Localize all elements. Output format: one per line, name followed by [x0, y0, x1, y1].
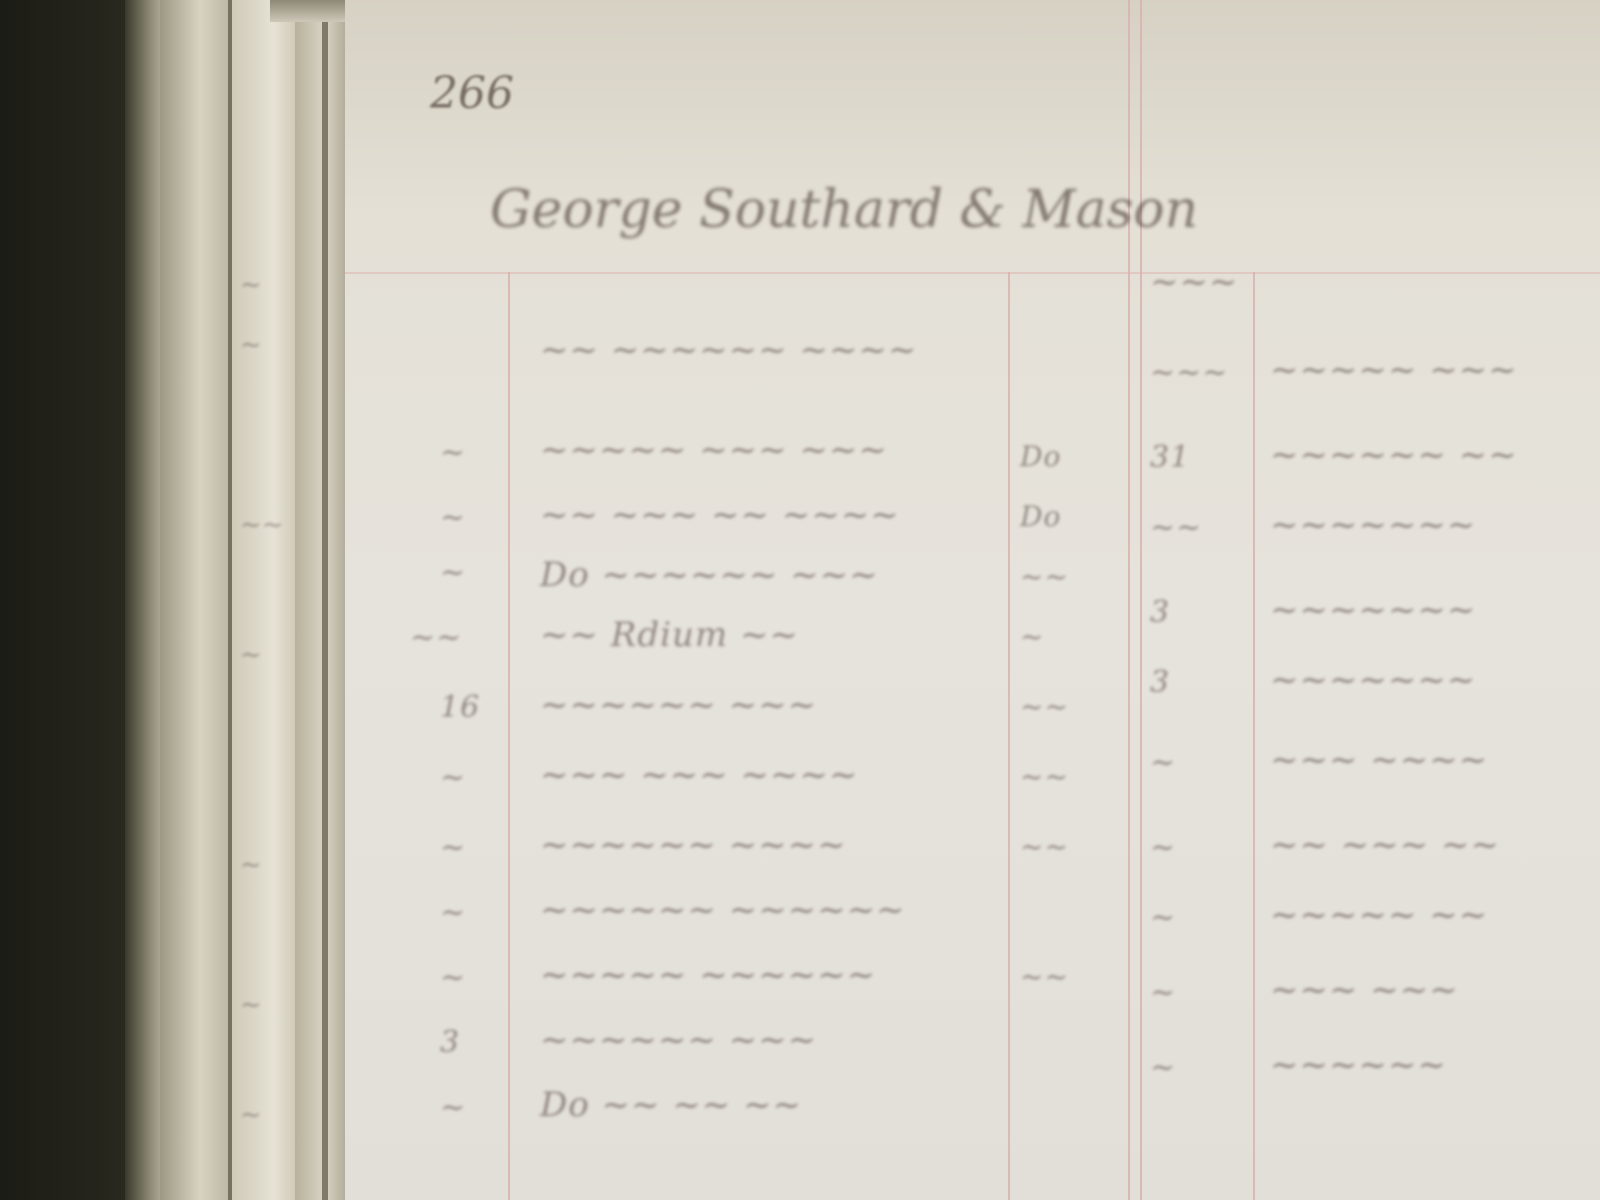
entry-date: ~ [440, 895, 466, 930]
entry-date: ~ [1150, 900, 1176, 935]
entry-description: ~~~~~~ ~~~~~~ [540, 890, 906, 930]
entry-description: ~~ ~~~ ~~ [1270, 825, 1500, 865]
margin-note: ~~ [240, 510, 284, 540]
entry-amount: ~ [1020, 620, 1044, 653]
page-edge [232, 0, 302, 1200]
entry-amount: ~~ [1020, 960, 1069, 993]
entry-date: ~~~ [1150, 355, 1228, 390]
page-number: 266 [430, 68, 514, 119]
entry-description: ~~~~~ ~~~ [1270, 350, 1518, 390]
entry-date: ~ [1150, 1050, 1176, 1085]
entry-description: ~~~~~~~ [1270, 505, 1476, 545]
page-edge-shadow [322, 0, 328, 1200]
entry-description: ~~~ ~~~ ~~~~ [540, 755, 859, 795]
entry-amount: Do [1020, 500, 1061, 533]
entry-amount: Do [1020, 440, 1061, 473]
margin-note: ~ [240, 330, 262, 360]
entry-description: Do ~~~~~~ ~~~ [540, 555, 879, 595]
entry-date: ~~ [1150, 510, 1202, 545]
entry-amount: ~~ [1020, 690, 1069, 723]
entry-description: ~~~~~ ~~~ ~~~ [540, 430, 888, 470]
amount-column-rule [1008, 272, 1010, 1200]
margin-note: ~ [240, 640, 262, 670]
entry-description: ~~~~~~ ~~ [1270, 435, 1518, 475]
right-date-column-rule [1253, 272, 1255, 1200]
entry-description: ~~~ ~~~~ [1270, 740, 1488, 780]
entry-description: ~~~~~~~ [1270, 660, 1476, 700]
entry-date: ~ [1150, 830, 1176, 865]
entry-date: ~ [440, 435, 466, 470]
entry-date: ~ [1150, 975, 1176, 1010]
entry-date: 3 [1150, 665, 1170, 700]
entry-description: ~~~~~~ ~~~ [540, 685, 817, 725]
entry-date: ~ [440, 830, 466, 865]
entry-date: ~~ [410, 620, 462, 655]
entry-amount: ~~ [1020, 760, 1069, 793]
entry-description: ~~ ~~~ ~~ ~~~~ [540, 495, 900, 535]
cover-edge [125, 0, 165, 1200]
page-edge-shadow [228, 0, 232, 1200]
date-column-rule [508, 272, 510, 1200]
entry-date: 3 [1150, 595, 1170, 630]
entry-description: ~~~~~~ [1270, 1045, 1447, 1085]
entry-amount: ~~ [1020, 830, 1069, 863]
entry-date: ~ [1150, 745, 1176, 780]
entry-description: Do ~~ ~~ ~~ [540, 1085, 802, 1125]
entry-description: ~~ Rdium ~~ [540, 615, 799, 655]
entry-date: 16 [440, 690, 480, 725]
entry-description: ~~~~~~ ~~~~ [540, 825, 847, 865]
margin-note: ~ [240, 1100, 262, 1130]
entry-date: ~ [440, 1090, 466, 1125]
book-cover [0, 0, 145, 1200]
entry-description: ~~~~~~~ [1270, 590, 1476, 630]
entry-description: ~~~~~~ ~~~ [540, 1020, 817, 1060]
ledger-heading: George Southard & Mason [490, 180, 1198, 240]
margin-note: ~ [240, 990, 262, 1020]
header-rule [345, 272, 1600, 274]
entry-date: ~ [440, 500, 466, 535]
entry-description: ~~~ ~~~ [1270, 970, 1459, 1010]
entry-amount: ~~ [1020, 560, 1069, 593]
margin-note: ~ [240, 270, 262, 300]
entry-date: ~ [440, 960, 466, 995]
margin-note: ~ [240, 850, 262, 880]
entry-description: ~~~~~ ~~ [1270, 895, 1488, 935]
entry-date: ~ [440, 555, 466, 590]
entry-date: 3 [440, 1025, 460, 1060]
entry-description: ~~ ~~~~~~ ~~~~ [540, 330, 917, 370]
entry-description: ~~~~~ ~~~~~~ [540, 955, 876, 995]
right-column-header: ~~~ [1150, 262, 1238, 302]
entry-date: ~ [440, 760, 466, 795]
entry-date: 31 [1150, 440, 1190, 475]
